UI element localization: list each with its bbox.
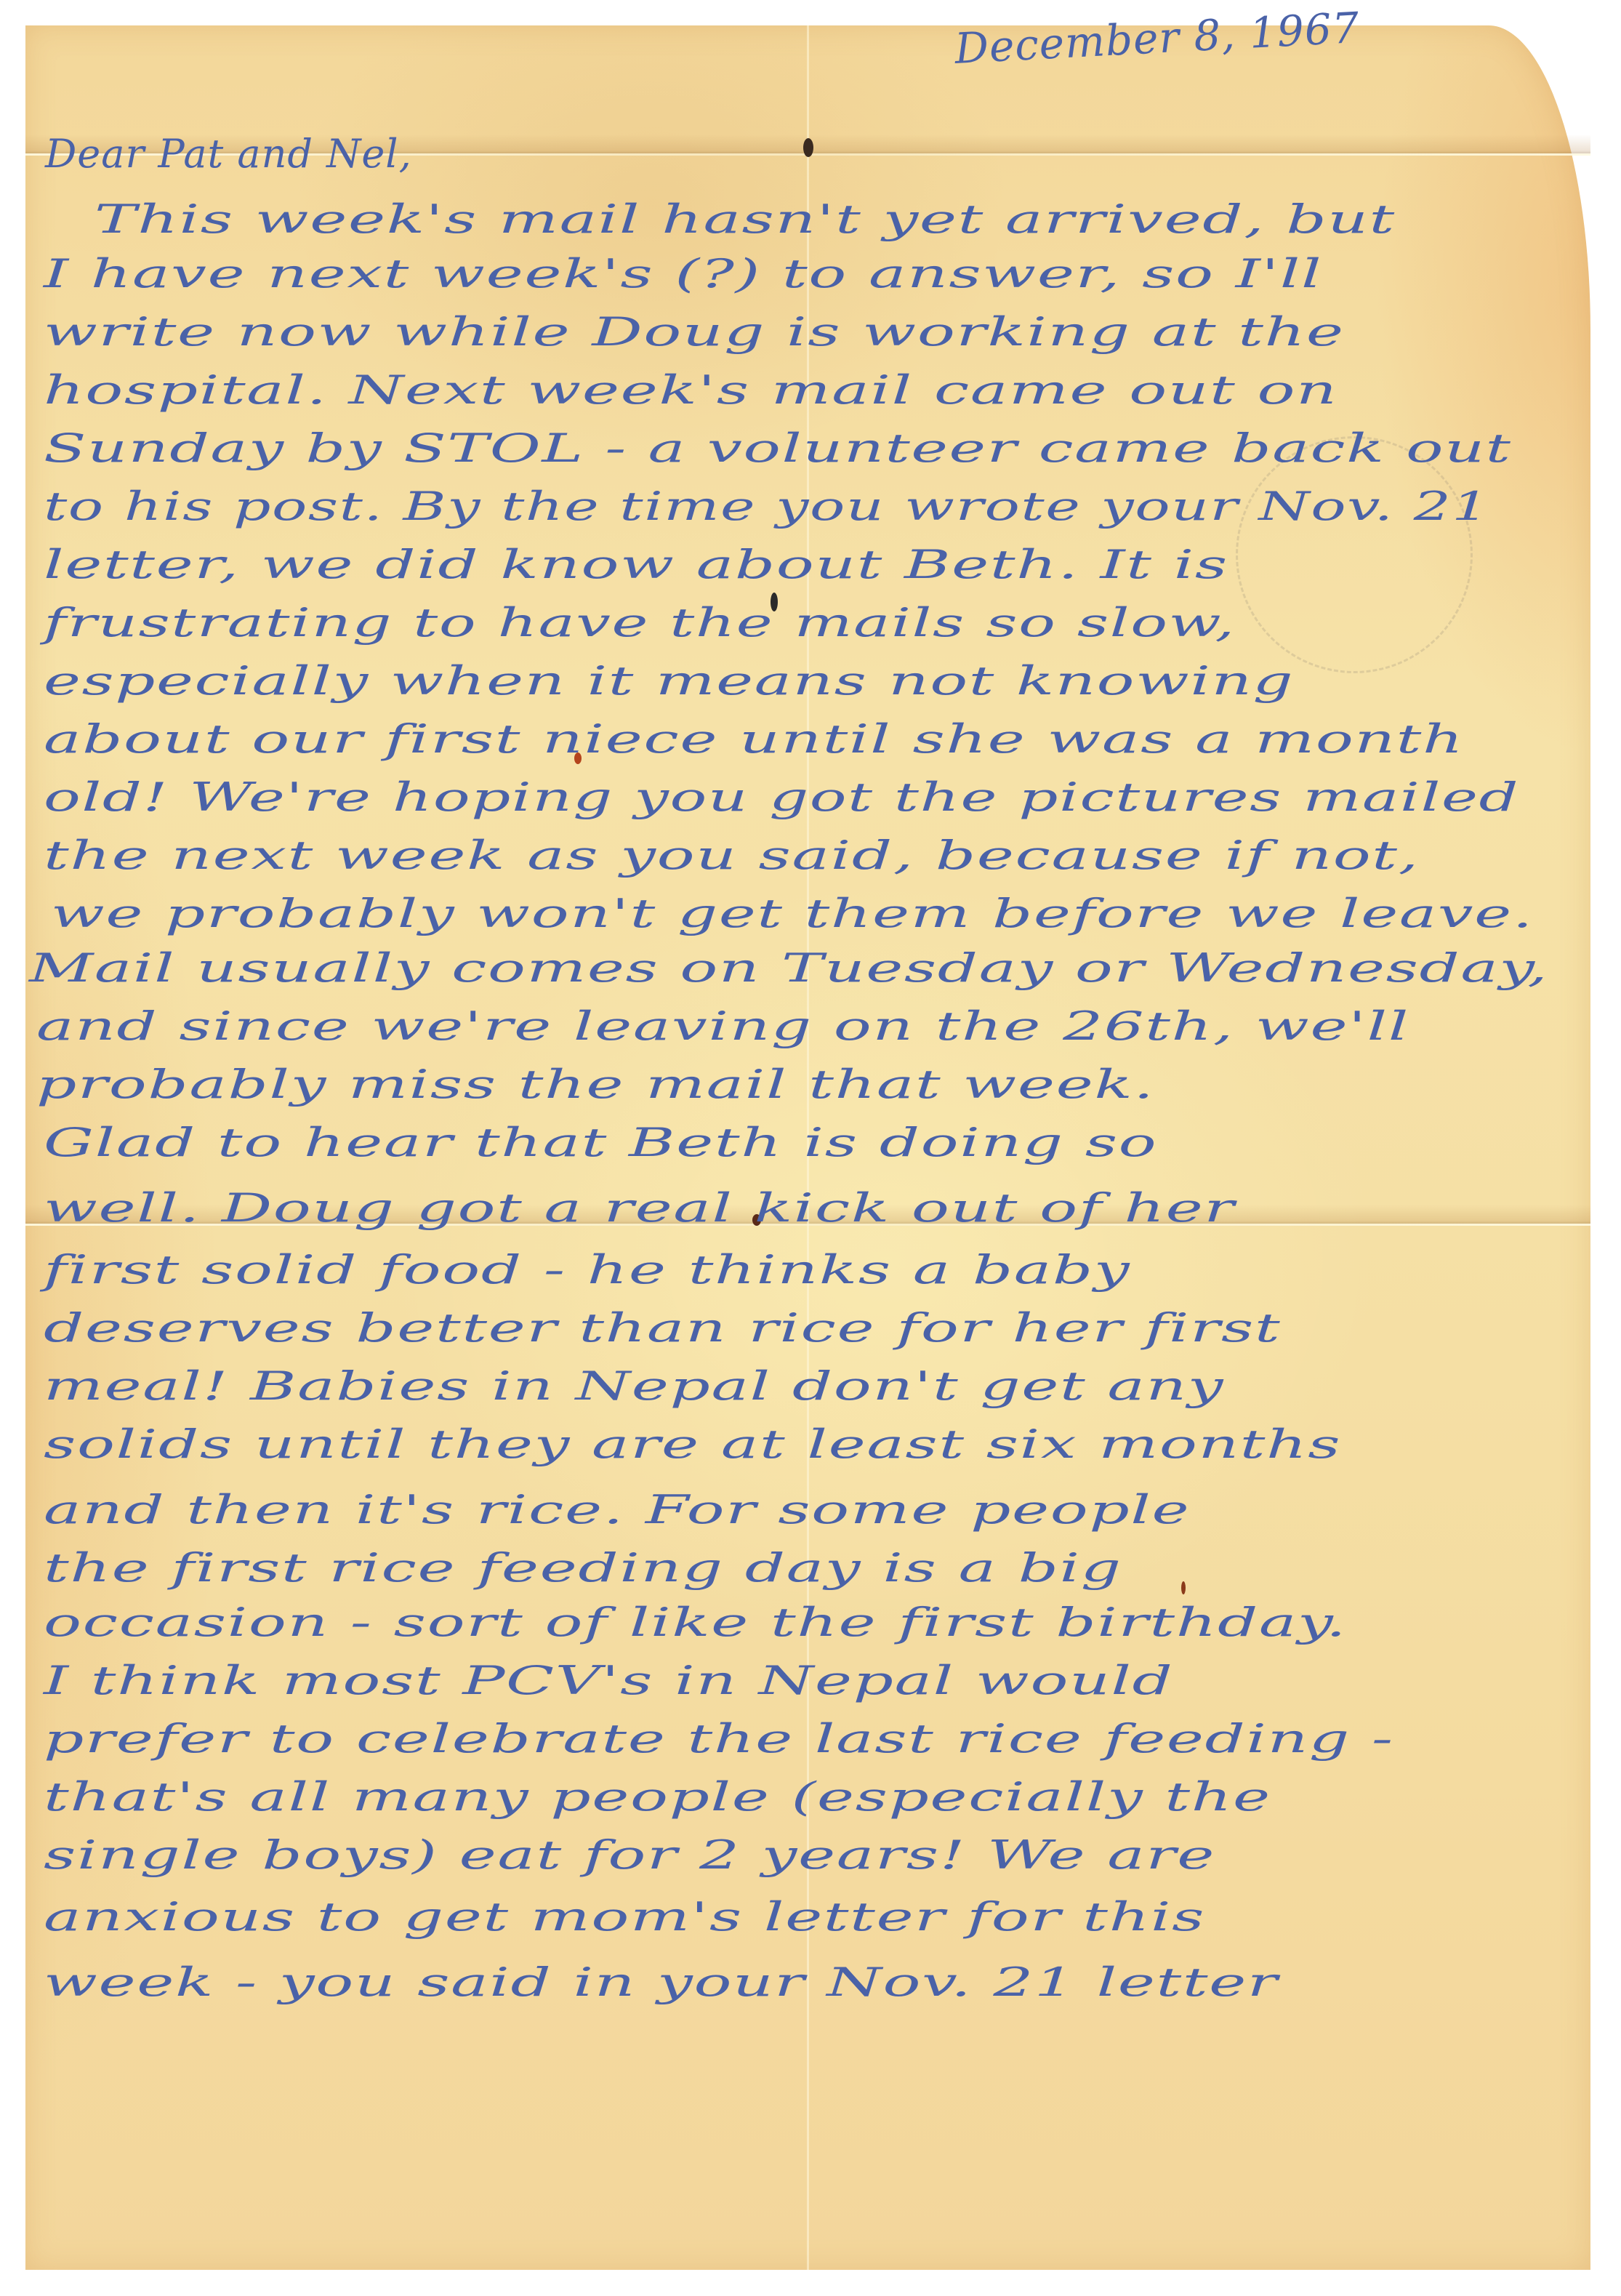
rust-spot bbox=[1181, 1581, 1186, 1594]
letter-line: letter, we did know about Beth. It is bbox=[44, 545, 1228, 585]
letter-line: the first rice feeding day is a big bbox=[44, 1549, 1122, 1588]
letter-line: frustrating to have the mails so slow, bbox=[44, 603, 1236, 643]
letter-line: week - you said in your Nov. 21 letter bbox=[44, 1963, 1279, 2002]
letter-line: old! We're hoping you got the pictures m… bbox=[44, 778, 1519, 817]
letter-line: the next week as you said, because if no… bbox=[44, 836, 1420, 875]
letter-line: to his post. By the time you wrote your … bbox=[44, 487, 1490, 526]
letter-line: meal! Babies in Nepal don't get any bbox=[44, 1367, 1224, 1406]
letter-line: Glad to hear that Beth is doing so bbox=[44, 1123, 1157, 1163]
letter-line: deserves better than rice for her first bbox=[44, 1309, 1281, 1348]
letter-line: I think most PCV's in Nepal would bbox=[44, 1661, 1173, 1701]
letter-line: single boys) eat for 2 years! We are bbox=[44, 1836, 1215, 1875]
letter-line: first solid food - he thinks a baby bbox=[44, 1251, 1130, 1290]
postmark-showthrough bbox=[1236, 436, 1473, 673]
letter-line: we probably won't get them before we lea… bbox=[51, 894, 1534, 934]
letter-line: Sunday by STOL - a volunteer came back o… bbox=[44, 429, 1512, 468]
letter-line: about our first niece until she was a mo… bbox=[44, 720, 1464, 759]
letter-line: hospital. Next week's mail came out on bbox=[44, 371, 1338, 410]
letter-line: solids until they are at least six month… bbox=[44, 1425, 1341, 1464]
letter-line: and since we're leaving on the 26th, we'… bbox=[36, 1007, 1409, 1046]
letter-line: prefer to celebrate the last rice feedin… bbox=[44, 1719, 1394, 1759]
letter-line: especially when it means not knowing bbox=[44, 662, 1294, 701]
ink-spot bbox=[803, 138, 813, 157]
letter-line: occasion - sort of like the first birthd… bbox=[44, 1603, 1347, 1642]
letter-line: that's all many people (especially the bbox=[44, 1778, 1271, 1817]
letter-line: well. Doug got a real kick out of her bbox=[44, 1189, 1235, 1228]
letter-line: and then it's rice. For some people bbox=[44, 1490, 1190, 1530]
letter-line: Mail usually comes on Tuesday or Wednesd… bbox=[29, 949, 1548, 988]
letter-salutation: Dear Pat and Nel, bbox=[45, 135, 412, 174]
letter-line: This week's mail hasn't yet arrived, but bbox=[94, 200, 1396, 239]
letter-line: anxious to get mom's letter for this bbox=[44, 1898, 1205, 1937]
letter-line: I have next week's (?) to answer, so I'l… bbox=[44, 254, 1322, 294]
letter-line: probably miss the mail that week. bbox=[36, 1065, 1154, 1104]
letter-line: write now while Doug is working at the bbox=[44, 313, 1345, 352]
